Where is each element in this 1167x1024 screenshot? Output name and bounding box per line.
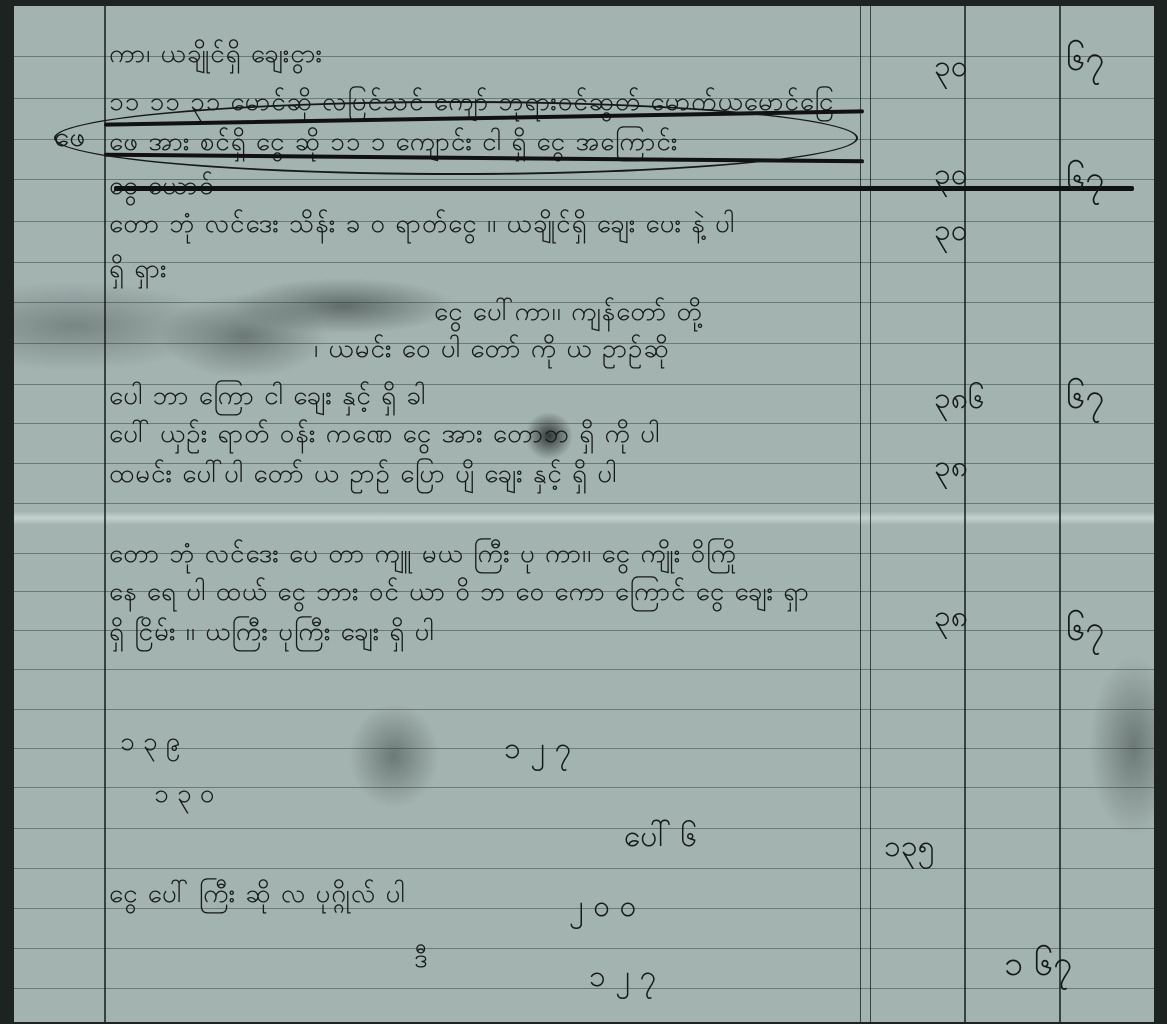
text-line: ငွေ ပေါ် ကြီး ဆို လ ပုဂ္ဂိုလ် ပါ (109, 876, 406, 915)
side-note: ၁ ၃ ၉ (120, 724, 180, 763)
text-line: ပေါ် ယှဉ်း ရာတ် ဝန်း ကဏေ ငွေ အား တောဘ ရှ… (109, 416, 660, 455)
amount-entry: ၁၃၅ (884, 826, 935, 871)
total-entry: ၆၇ (1066, 374, 1104, 425)
ruled-line (14, 709, 1154, 710)
ruled-line (14, 988, 1154, 989)
amount-entry: ၃၈ (934, 596, 968, 641)
side-note: ၁ ၂ ၇ (504, 728, 572, 773)
scribble-loop (54, 101, 858, 175)
text-line: ထမင်း ပေါ်ပါ တော် ယ ဥာဥ် ပြော ပျိ ချေး န… (109, 456, 618, 495)
side-note: ၁ ၃ ၀ (154, 776, 214, 815)
text-line: ကာ၊ ယချိုင်ရှိ ချေးငွား (109, 36, 323, 75)
amount-entry: ၃၀ (934, 46, 968, 91)
ruled-line (14, 868, 1154, 869)
text-line: ၊ ယမင်း ဝေ ပါ တော် ကို ယ ဥာဥ်ဆို (314, 331, 670, 370)
text-line: ရှိ ရှား (109, 251, 167, 290)
side-note: ၁ ၂ ၇ (589, 956, 657, 1001)
text-line: နေ ရေ ပါ ထယ် ငွေ ဘား ဝင် ယာ ဝိ ဘ ဝေ ကော … (109, 574, 810, 613)
ruled-line (14, 948, 1154, 949)
ruled-line (14, 748, 1154, 749)
manuscript-page: ကာ၊ ယချိုင်ရှိ ချေးငွား ၁၁ ၁၁ ၃၁ မောင်ဆိ… (14, 6, 1154, 1022)
total-entry: ၆၇ (1066, 36, 1104, 87)
side-note: ၂ ၀ ၀ (569, 886, 637, 931)
text-line: ရှိ ငြိမ်း ၊၊ ယကြီး ပုကြီး ချေး ရှိ ပါ (109, 614, 435, 653)
total-entry: ၆၇ (1066, 156, 1104, 207)
page-fold (14, 511, 1154, 525)
side-note: ဒီ (414, 941, 428, 980)
amount-entry: ၃၈ (934, 446, 968, 491)
ruled-line (14, 262, 1154, 263)
text-line: ပေါ ဘာ ကြော ငါ ချေး နှင့် ရှိ ခါ (109, 378, 426, 417)
text-line: တော ဘုံ လင်ဒေး ပေ တာ ကျူ မယ ကြီး ပု ကာ၊၊… (109, 536, 737, 575)
amount-entry: ၃၀ (934, 210, 968, 255)
side-note: ပေါ် ၆ (624, 816, 697, 861)
total-entry: ၁ ၆၇ (1004, 941, 1072, 992)
amount-entry: ၃၀ (934, 154, 968, 199)
margin-mark: ဖေ (54, 118, 85, 160)
ruled-line (14, 828, 1154, 829)
ruled-line (14, 669, 1154, 670)
column-rule (870, 6, 871, 1022)
strikethrough-mark (114, 186, 1134, 191)
margin-rule (104, 6, 106, 1022)
column-rule (1059, 6, 1061, 1022)
text-line: တော ဘုံ လင်ဒေး သိန်း ခ ဝ ရာတ်ငွေ ၊၊ ယချိ… (109, 206, 735, 245)
text-line: ငွေ ပေါ်ကာ၊၊ ကျန်တော် တို့ (434, 294, 703, 333)
amount-entry: ၃၈၆ (934, 378, 985, 423)
total-entry: ၆၇ (1066, 606, 1104, 657)
ruled-line (14, 503, 1154, 504)
